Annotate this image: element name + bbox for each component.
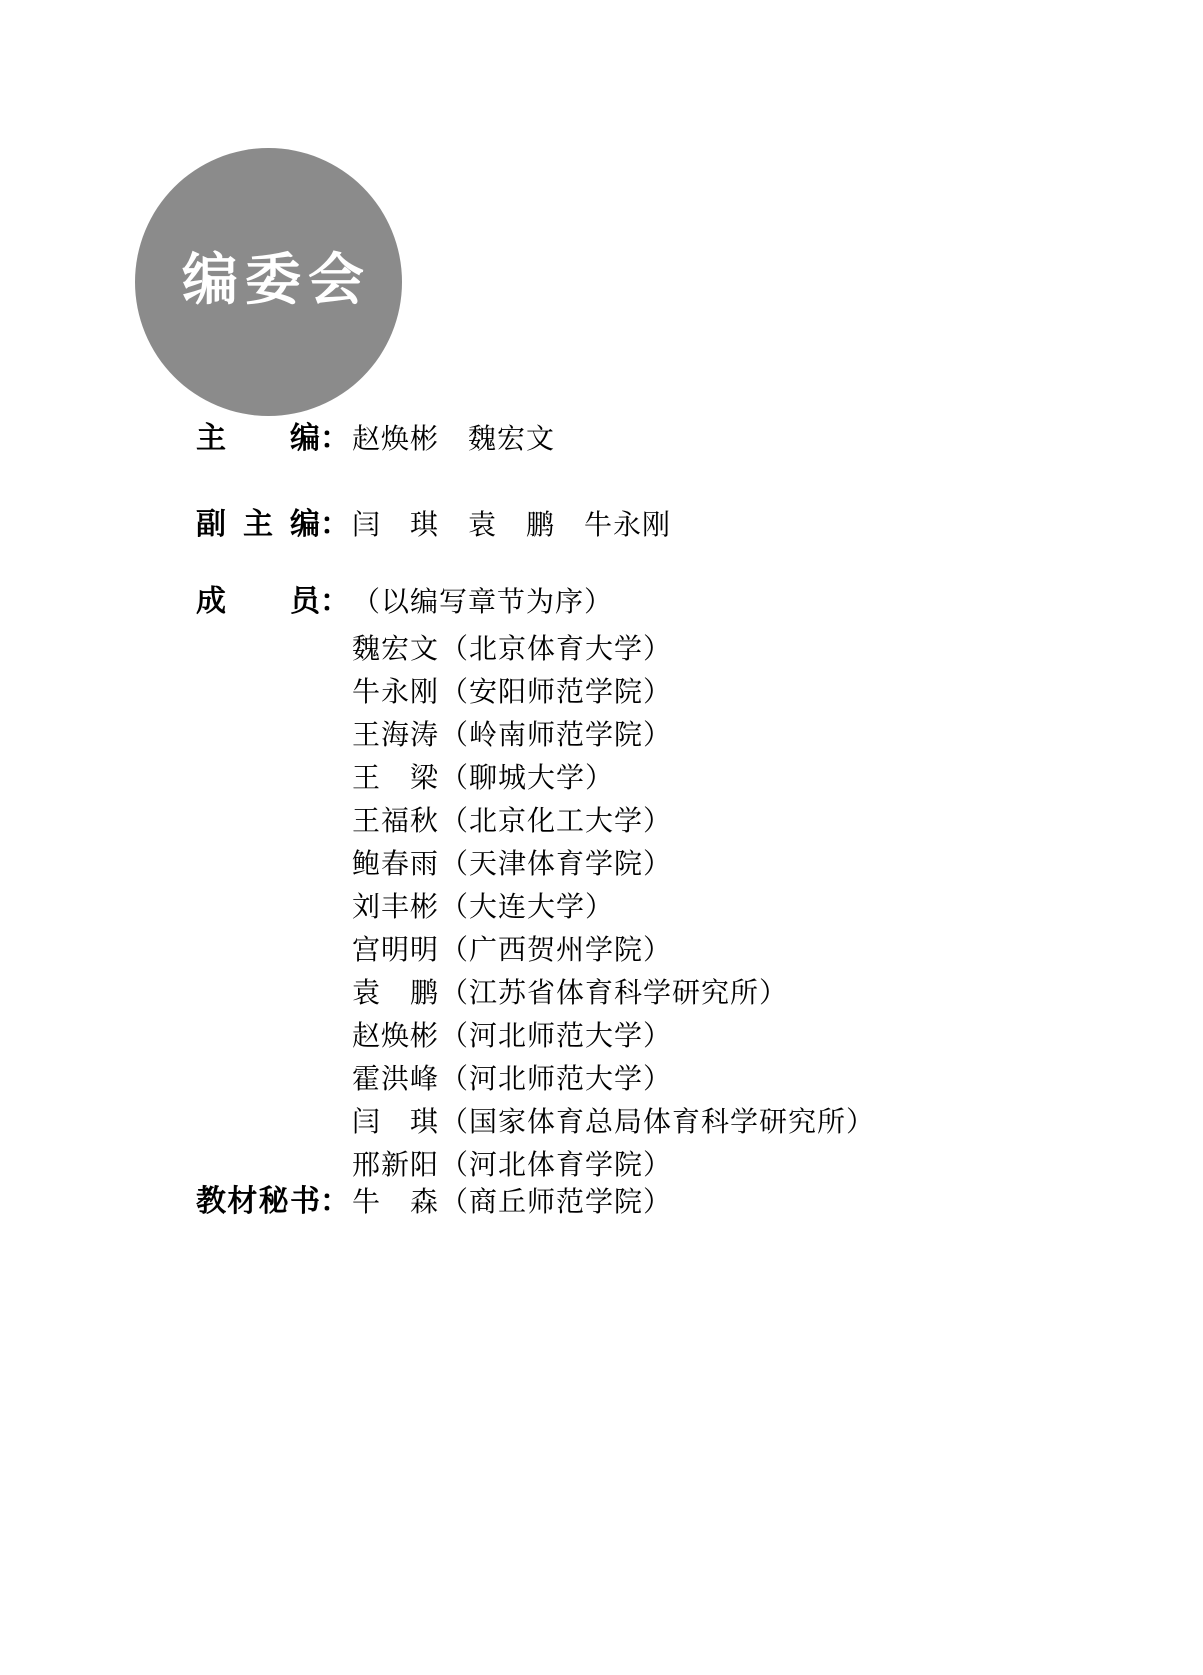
member-row: 宫明明 （广西贺州学院）	[352, 928, 875, 971]
members-colon: ：	[320, 580, 352, 623]
member-row: 王海涛 （岭南师范学院）	[352, 713, 875, 756]
member-affiliation: （河北师范大学）	[440, 1014, 672, 1057]
member-name: 王福秋	[352, 799, 440, 842]
member-row: 王福秋 （北京化工大学）	[352, 799, 875, 842]
editorial-board-page: 编委会 主编 ： 赵焕彬 魏宏文 副主编 ： 闫 琪 袁 鹏 牛永刚 成员 ： …	[0, 0, 1203, 1675]
members-label: 成员	[196, 580, 320, 623]
member-name: 闫 琪	[352, 1100, 440, 1143]
secretary-row: 教材秘书 ： 牛 森 （商丘师范学院）	[196, 1183, 672, 1221]
member-affiliation: （大连大学）	[440, 885, 614, 928]
member-name: 王 梁	[352, 756, 440, 799]
member-affiliation: （河北体育学院）	[440, 1143, 672, 1186]
member-row: 闫 琪 （国家体育总局体育科学研究所）	[352, 1100, 875, 1143]
member-name: 袁 鹏	[352, 971, 440, 1014]
member-name: 鲍春雨	[352, 842, 440, 885]
member-row: 鲍春雨 （天津体育学院）	[352, 842, 875, 885]
deputy-editor-label: 副主编	[196, 507, 320, 543]
members-order-note: （以编写章节为序）	[352, 580, 875, 623]
members-row: 成员 ： （以编写章节为序） 魏宏文 （北京体育大学） 牛永刚 （安阳师范学院）…	[196, 580, 875, 1186]
member-row: 袁 鹏 （江苏省体育科学研究所）	[352, 971, 875, 1014]
secretary-colon: ：	[320, 1183, 352, 1221]
member-row: 刘丰彬 （大连大学）	[352, 885, 875, 928]
member-name: 王海涛	[352, 713, 440, 756]
member-name: 宫明明	[352, 928, 440, 971]
chief-editor-label: 主编	[196, 421, 320, 457]
members-list: （以编写章节为序） 魏宏文 （北京体育大学） 牛永刚 （安阳师范学院） 王海涛 …	[352, 580, 875, 1186]
deputy-editor-colon: ：	[320, 507, 352, 543]
member-row: 邢新阳 （河北体育学院）	[352, 1143, 875, 1186]
member-affiliation: （北京化工大学）	[440, 799, 672, 842]
member-affiliation: （安阳师范学院）	[440, 670, 672, 713]
chief-editor-row: 主编 ： 赵焕彬 魏宏文	[196, 421, 555, 457]
secretary-affiliation: （商丘师范学院）	[440, 1183, 672, 1221]
editorial-board-badge: 编委会	[135, 148, 402, 416]
member-row: 魏宏文 （北京体育大学）	[352, 627, 875, 670]
member-affiliation: （广西贺州学院）	[440, 928, 672, 971]
member-name: 赵焕彬	[352, 1014, 440, 1057]
deputy-editor-names: 闫 琪 袁 鹏 牛永刚	[352, 507, 671, 543]
member-row: 霍洪峰 （河北师范大学）	[352, 1057, 875, 1100]
member-affiliation: （北京体育大学）	[440, 627, 672, 670]
chief-editor-colon: ：	[320, 421, 352, 457]
member-row: 王 梁 （聊城大学）	[352, 756, 875, 799]
member-affiliation: （国家体育总局体育科学研究所）	[440, 1100, 875, 1143]
member-name: 牛永刚	[352, 670, 440, 713]
member-name: 邢新阳	[352, 1143, 440, 1186]
member-row: 牛永刚 （安阳师范学院）	[352, 670, 875, 713]
secretary-label: 教材秘书	[196, 1183, 320, 1221]
member-affiliation: （江苏省体育科学研究所）	[440, 971, 788, 1014]
member-row: 赵焕彬 （河北师范大学）	[352, 1014, 875, 1057]
member-name: 刘丰彬	[352, 885, 440, 928]
member-affiliation: （天津体育学院）	[440, 842, 672, 885]
member-affiliation: （河北师范大学）	[440, 1057, 672, 1100]
deputy-editor-row: 副主编 ： 闫 琪 袁 鹏 牛永刚	[196, 507, 671, 543]
badge-title: 编委会	[182, 236, 371, 316]
member-name: 霍洪峰	[352, 1057, 440, 1100]
chief-editor-names: 赵焕彬 魏宏文	[352, 421, 555, 457]
member-affiliation: （岭南师范学院）	[440, 713, 672, 756]
member-name: 魏宏文	[352, 627, 440, 670]
member-affiliation: （聊城大学）	[440, 756, 614, 799]
secretary-name: 牛 森	[352, 1183, 440, 1221]
